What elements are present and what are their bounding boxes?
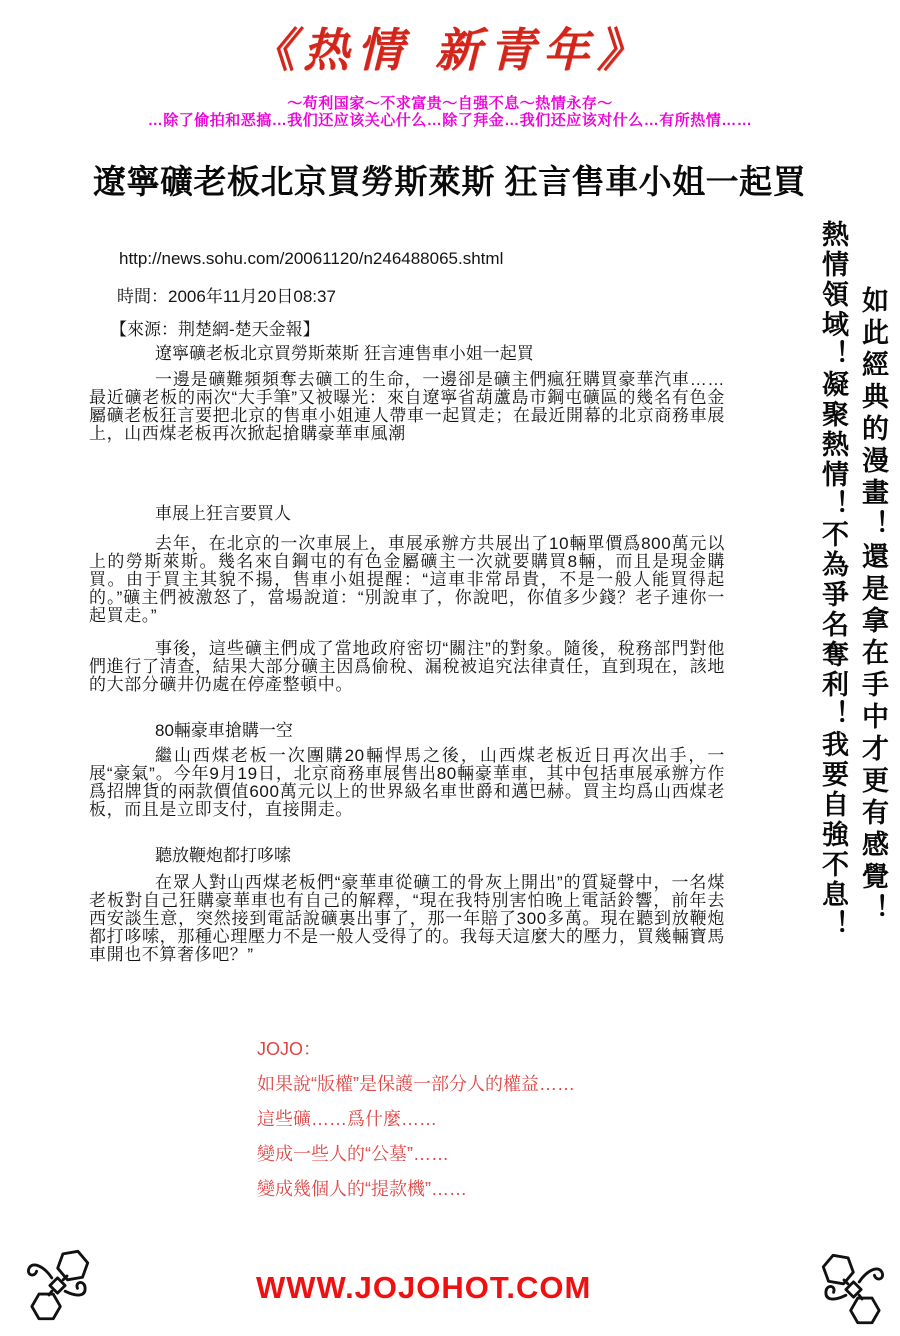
masthead-title: 《热情 新青年》: [0, 14, 900, 80]
pinwheel-ornament-icon: [10, 1238, 105, 1333]
website-url: WWW.JOJOHOT.COM: [256, 1270, 591, 1306]
section-heading-1: 車展上狂言要買人: [155, 499, 291, 524]
masthead-slogan-2: …除了偷拍和恶搞…我们还应该关心什么…除了拜金…我们还应该对什么…有所热情……: [0, 109, 900, 130]
scan-page: 《热情 新青年》 ～苟利国家～不求富贵～自强不息～热情永存～ …除了偷拍和恶搞……: [0, 0, 900, 1336]
note-line-mines: 這些礦……爲什麼……: [257, 1102, 575, 1137]
section-2-paragraph-1: 繼山西煤老板一次團購20輛悍馬之後，山西煤老板近日再次出手，一展“豪氣”。今年9…: [89, 747, 725, 819]
vertical-slogan-inner: 如此經典的漫畫！還是拿在手中才更有感覺！: [854, 286, 893, 926]
note-line-copyright: 如果說“版權”是保護一部分人的權益……: [257, 1067, 575, 1102]
section-heading-3: 聽放鞭炮都打哆嗦: [155, 841, 291, 866]
note-line-atm: 變成幾個人的“提款機”……: [257, 1172, 575, 1207]
vertical-slogan-outer: 熱情領域！凝聚熱情！不為爭名奪利！我要自強不息！: [814, 220, 853, 940]
note-line-jojo: JOJO：: [257, 1032, 575, 1067]
section-3-paragraph-1: 在眾人對山西煤老板們“豪華車從礦工的骨灰上開出”的質疑聲中，一名煤老板對自己狂購…: [89, 874, 725, 964]
article-subtitle: 遼寧礦老板北京買勞斯萊斯 狂言連售車小姐一起買: [155, 339, 534, 364]
section-heading-2: 80輛豪車搶購一空: [155, 716, 293, 741]
section-1-paragraph-1: 去年，在北京的一次車展上，車展承辦方共展出了10輛單價爲800萬元以上的勞斯萊斯…: [89, 535, 725, 625]
article-headline: 遼寧礦老板北京買勞斯萊斯 狂言售車小姐一起買: [93, 156, 806, 203]
article-time: 時間：2006年11月20日08:37: [117, 282, 336, 307]
pinwheel-ornament-icon: [806, 1242, 900, 1336]
article-source: 【來源：荆楚網-楚天金報】: [110, 315, 320, 340]
section-1-paragraph-2: 事後，這些礦主們成了當地政府密切“關注”的對象。隨後，稅務部門對他們進行了清查，…: [89, 640, 725, 694]
article-lead-paragraph: 一邊是礦難頻頻奪去礦工的生命，一邊卻是礦主們瘋狂購買豪華汽車……最近礦老板的兩次…: [89, 371, 725, 443]
article-url: http://news.sohu.com/20061120/n246488065…: [119, 249, 503, 269]
note-line-cemetery: 變成一些人的“公墓”……: [257, 1137, 575, 1172]
translator-note: JOJO： 如果說“版權”是保護一部分人的權益…… 這些礦……爲什麼…… 變成一…: [257, 1032, 575, 1207]
